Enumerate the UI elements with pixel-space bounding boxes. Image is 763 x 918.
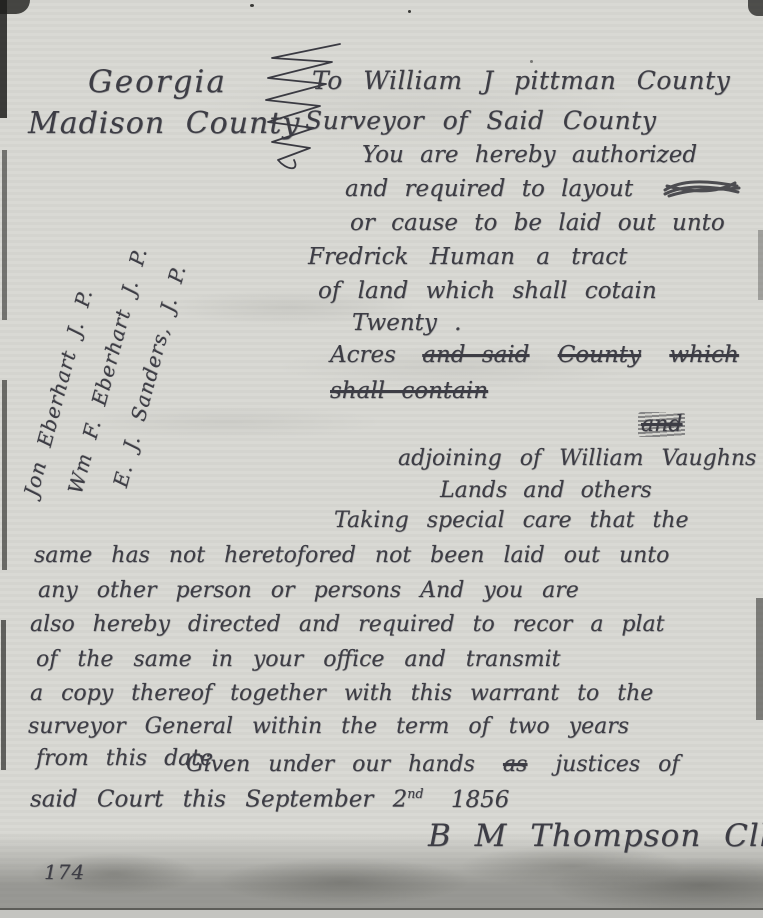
closing-text: justices of xyxy=(555,752,679,777)
heading-state: Georgia xyxy=(88,64,227,100)
salutation-line1: To William J pittman County xyxy=(312,66,730,95)
body-line: Lands and others xyxy=(440,478,652,503)
ink-speck xyxy=(408,10,411,13)
ordinal-superscript: nd xyxy=(407,786,423,801)
struck-text: as xyxy=(503,752,527,777)
struck-text: County xyxy=(558,342,641,368)
body-line: Acres and said County which xyxy=(330,342,739,368)
body-line: a copy thereof together with this warran… xyxy=(30,681,653,706)
ink-speck xyxy=(530,60,533,63)
ink-scribble-strikeout xyxy=(663,176,741,200)
scan-corner-mark xyxy=(0,0,30,14)
scan-edge-mark xyxy=(1,620,6,770)
closing-line: Given under our hands as justices of xyxy=(186,752,680,777)
scan-corner-mark xyxy=(748,0,763,16)
body-line: You are hereby authorized xyxy=(362,142,697,168)
scan-edge-mark xyxy=(0,0,7,118)
body-line: adjoining of William Vaughns xyxy=(398,446,756,471)
scan-edge-mark xyxy=(756,598,763,720)
body-line: shall contain xyxy=(330,378,488,404)
body-line: and xyxy=(638,412,685,437)
scan-edge-mark xyxy=(758,230,763,300)
ink-speck xyxy=(250,4,254,7)
body-line: and required to layout xyxy=(345,176,741,202)
margin-justice-signatures: Jon Eberhart J. P. Wm F. Eberhart J. P. … xyxy=(8,131,228,531)
body-line: of the same in your office and transmit xyxy=(36,647,560,672)
closing-line: said Court this September 2nd 1856 xyxy=(30,786,509,813)
scanned-document-page: Georgia Madison County To William J pitt… xyxy=(0,0,763,918)
scan-edge-mark xyxy=(2,380,7,570)
body-line: any other person or persons And you are xyxy=(38,578,579,603)
salutation-line2: Surveyor of Said County xyxy=(305,106,656,135)
body-line: or cause to be laid out unto xyxy=(350,210,725,236)
body-line: of land which shall cotain xyxy=(318,278,657,304)
body-line: surveyor General within the term of two … xyxy=(28,714,629,739)
body-line-text: Acres xyxy=(330,342,396,368)
closing-text: said Court this September 2 xyxy=(30,787,407,813)
struck-text: which xyxy=(669,342,739,368)
struck-text: shall contain xyxy=(330,378,488,404)
body-line: Taking special care that the xyxy=(334,508,689,533)
page-number: 174 xyxy=(44,860,85,884)
clerk-signature: B M Thompson Clk xyxy=(428,818,763,854)
scribbled-out-word: and xyxy=(638,412,685,437)
closing-year: 1856 xyxy=(451,787,510,813)
body-line: same has not heretofored not been laid o… xyxy=(34,543,669,568)
closing-text: Given under our hands xyxy=(186,752,475,777)
body-line: Fredrick Human a tract xyxy=(308,244,627,270)
body-line-text: and required to layout xyxy=(345,176,633,202)
body-line: Twenty . xyxy=(352,310,462,336)
body-line: also hereby directed and required to rec… xyxy=(30,612,665,637)
scan-edge-mark xyxy=(2,150,7,320)
scan-bottom-edge xyxy=(0,908,763,918)
struck-text: and said xyxy=(422,342,529,368)
